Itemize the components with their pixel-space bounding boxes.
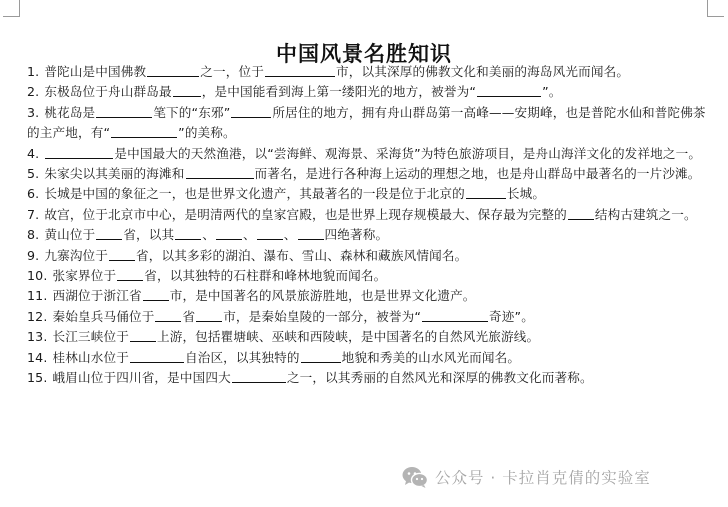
fill-in-blank[interactable]: [477, 82, 541, 97]
question-number: 4.: [27, 146, 39, 161]
question-item: 9.九寨沟位于省，以其多彩的湖泊、瀑布、雪山、森林和藏族风情闻名。: [27, 246, 707, 266]
question-item: 7.故宫，位于北京市中心，是明清两代的皇家宫殿，也是世界上现存规模最大、保存最为…: [27, 205, 707, 225]
question-item: 8.黄山位于省，以其、、、四绝著称。: [27, 225, 707, 245]
question-text: ”。: [542, 84, 561, 99]
question-number: 6.: [27, 186, 39, 201]
question-text: 桃花岛是: [44, 105, 95, 120]
question-text: 上游，包括瞿塘峡、巫峡和西陵峡，是中国著名的自然风光旅游线。: [157, 329, 539, 344]
fill-in-blank[interactable]: [111, 123, 177, 138]
fill-in-blank[interactable]: [175, 225, 201, 240]
question-number: 1.: [27, 64, 39, 79]
watermark: 公众号 · 卡拉肖克倩的实验室: [402, 466, 651, 488]
question-text: 是中国最大的天然渔港，以“尝海鲜、观海景、采海货”为特色旅游项目，是舟山海洋文化…: [114, 146, 701, 161]
question-item: 12.秦始皇兵马俑位于省市，是秦始皇陵的一部分，被誉为“奇迹”。: [27, 307, 707, 327]
question-item: 3.桃花岛是笔下的“东邪”所居住的地方，拥有舟山群岛第一高峰——安期峰，也是普陀…: [27, 103, 707, 144]
question-text: 东极岛位于舟山群岛最: [44, 84, 171, 99]
question-number: 3.: [27, 105, 39, 120]
question-text: 长城。: [507, 186, 545, 201]
question-item: 15.峨眉山位于四川省，是中国四大之一，以其秀丽的自然风光和深厚的佛教文化而著称…: [27, 368, 707, 388]
fill-in-blank[interactable]: [298, 225, 324, 240]
fill-in-blank[interactable]: [265, 62, 335, 77]
question-text: 自治区，以其独特的: [185, 350, 300, 365]
question-text: 九寨沟位于: [44, 248, 108, 263]
fill-in-blank[interactable]: [96, 225, 122, 240]
question-text: 笔下的“东邪”: [153, 105, 230, 120]
fill-in-blank[interactable]: [422, 307, 488, 322]
fill-in-blank[interactable]: [257, 225, 283, 240]
question-number: 7.: [27, 207, 39, 222]
fill-in-blank[interactable]: [130, 327, 156, 342]
fill-in-blank[interactable]: [186, 164, 254, 179]
question-item: 13.长江三峡位于上游，包括瞿塘峡、巫峡和西陵峡，是中国著名的自然风光旅游线。: [27, 327, 707, 347]
question-number: 15.: [27, 370, 47, 385]
question-text: 四绝著称。: [325, 227, 389, 242]
fill-in-blank[interactable]: [301, 348, 341, 363]
question-item: 6.长城是中国的象征之一，也是世界文化遗产，其最著名的一段是位于北京的长城。: [27, 184, 707, 204]
fill-in-blank[interactable]: [216, 225, 242, 240]
fill-in-blank[interactable]: [109, 246, 135, 261]
question-item: 5.朱家尖以其美丽的海滩和而著名，是进行各种海上运动的理想之地，也是舟山群岛中最…: [27, 164, 707, 184]
fill-in-blank[interactable]: [143, 286, 169, 301]
question-item: 2.东极岛位于舟山群岛最，是中国能看到海上第一缕阳光的地方，被誉为“”。: [27, 82, 707, 102]
question-text: 省，以其多彩的湖泊、瀑布、雪山、森林和藏族风情闻名。: [136, 248, 467, 263]
question-list: 1.普陀山是中国佛教之一，位于市，以其深厚的佛教文化和美丽的海岛风光而闻名。2.…: [27, 62, 707, 389]
fill-in-blank[interactable]: [173, 82, 201, 97]
fill-in-blank[interactable]: [196, 307, 222, 322]
question-item: 10.张家界位于省，以其独特的石柱群和峰林地貌而闻名。: [27, 266, 707, 286]
question-text: 张家界位于: [52, 268, 116, 283]
question-number: 2.: [27, 84, 39, 99]
question-text: 桂林山水位于: [52, 350, 128, 365]
question-text: 、: [284, 227, 297, 242]
question-text: 普陀山是中国佛教: [44, 64, 146, 79]
question-item: 14.桂林山水位于自治区，以其独特的地貌和秀美的山水风光而闻名。: [27, 348, 707, 368]
question-text: 秦始皇兵马俑位于: [52, 309, 154, 324]
fill-in-blank[interactable]: [96, 103, 152, 118]
fill-in-blank[interactable]: [147, 62, 199, 77]
question-text: 奇迹”。: [489, 309, 534, 324]
question-text: ”的美称。: [178, 125, 236, 140]
question-text: 黄山位于: [44, 227, 95, 242]
question-number: 9.: [27, 248, 39, 263]
question-number: 8.: [27, 227, 39, 242]
question-number: 13.: [27, 329, 47, 344]
question-number: 10.: [27, 268, 47, 283]
fill-in-blank[interactable]: [466, 184, 506, 199]
page-corner-mark-top-right: [707, 0, 724, 17]
question-text: 市，以其深厚的佛教文化和美丽的海岛风光而闻名。: [336, 64, 629, 79]
question-item: 11.西湖位于浙江省市，是中国著名的风景旅游胜地，也是世界文化遗产。: [27, 286, 707, 306]
page-corner-mark-top-left: [3, 0, 20, 17]
fill-in-blank[interactable]: [130, 348, 184, 363]
question-text: 之一，以其秀丽的自然风光和深厚的佛教文化而著称。: [287, 370, 593, 385]
question-text: 西湖位于浙江省: [52, 288, 141, 303]
question-item: 1.普陀山是中国佛教之一，位于市，以其深厚的佛教文化和美丽的海岛风光而闻名。: [27, 62, 707, 82]
question-text: 省，以其: [123, 227, 174, 242]
fill-in-blank[interactable]: [155, 307, 181, 322]
question-text: 长城是中国的象征之一，也是世界文化遗产，其最著名的一段是位于北京的: [44, 186, 465, 201]
question-text: 而著名，是进行各种海上运动的理想之地，也是舟山群岛中最著名的一片沙滩。: [255, 166, 701, 181]
question-text: 市，是秦始皇陵的一部分，被誉为“: [223, 309, 421, 324]
question-text: 省: [182, 309, 195, 324]
question-text: 之一，位于: [200, 64, 264, 79]
fill-in-blank[interactable]: [568, 205, 594, 220]
question-text: 故宫，位于北京市中心，是明清两代的皇家宫殿，也是世界上现存规模最大、保存最为完整…: [44, 207, 567, 222]
question-number: 5.: [27, 166, 39, 181]
wechat-icon: [402, 466, 428, 488]
question-number: 14.: [27, 350, 47, 365]
fill-in-blank[interactable]: [232, 368, 286, 383]
fill-in-blank[interactable]: [117, 266, 143, 281]
question-text: 、: [202, 227, 215, 242]
question-text: 市，是中国著名的风景旅游胜地，也是世界文化遗产。: [170, 288, 476, 303]
question-text: 、: [243, 227, 256, 242]
question-number: 11.: [27, 288, 47, 303]
question-item: 4.是中国最大的天然渔港，以“尝海鲜、观海景、采海货”为特色旅游项目，是舟山海洋…: [27, 144, 707, 164]
question-text: 结构古建筑之一。: [595, 207, 697, 222]
fill-in-blank[interactable]: [45, 144, 113, 159]
question-number: 12.: [27, 309, 47, 324]
question-text: 地貌和秀美的山水风光而闻名。: [342, 350, 520, 365]
fill-in-blank[interactable]: [231, 103, 271, 118]
question-text: ，是中国能看到海上第一缕阳光的地方，被誉为“: [202, 84, 476, 99]
question-text: 长江三峡位于: [52, 329, 128, 344]
question-text: 省，以其独特的石柱群和峰林地貌而闻名。: [144, 268, 386, 283]
watermark-text: 公众号 · 卡拉肖克倩的实验室: [435, 466, 651, 488]
question-text: 峨眉山位于四川省，是中国四大: [52, 370, 230, 385]
question-text: 朱家尖以其美丽的海滩和: [44, 166, 184, 181]
